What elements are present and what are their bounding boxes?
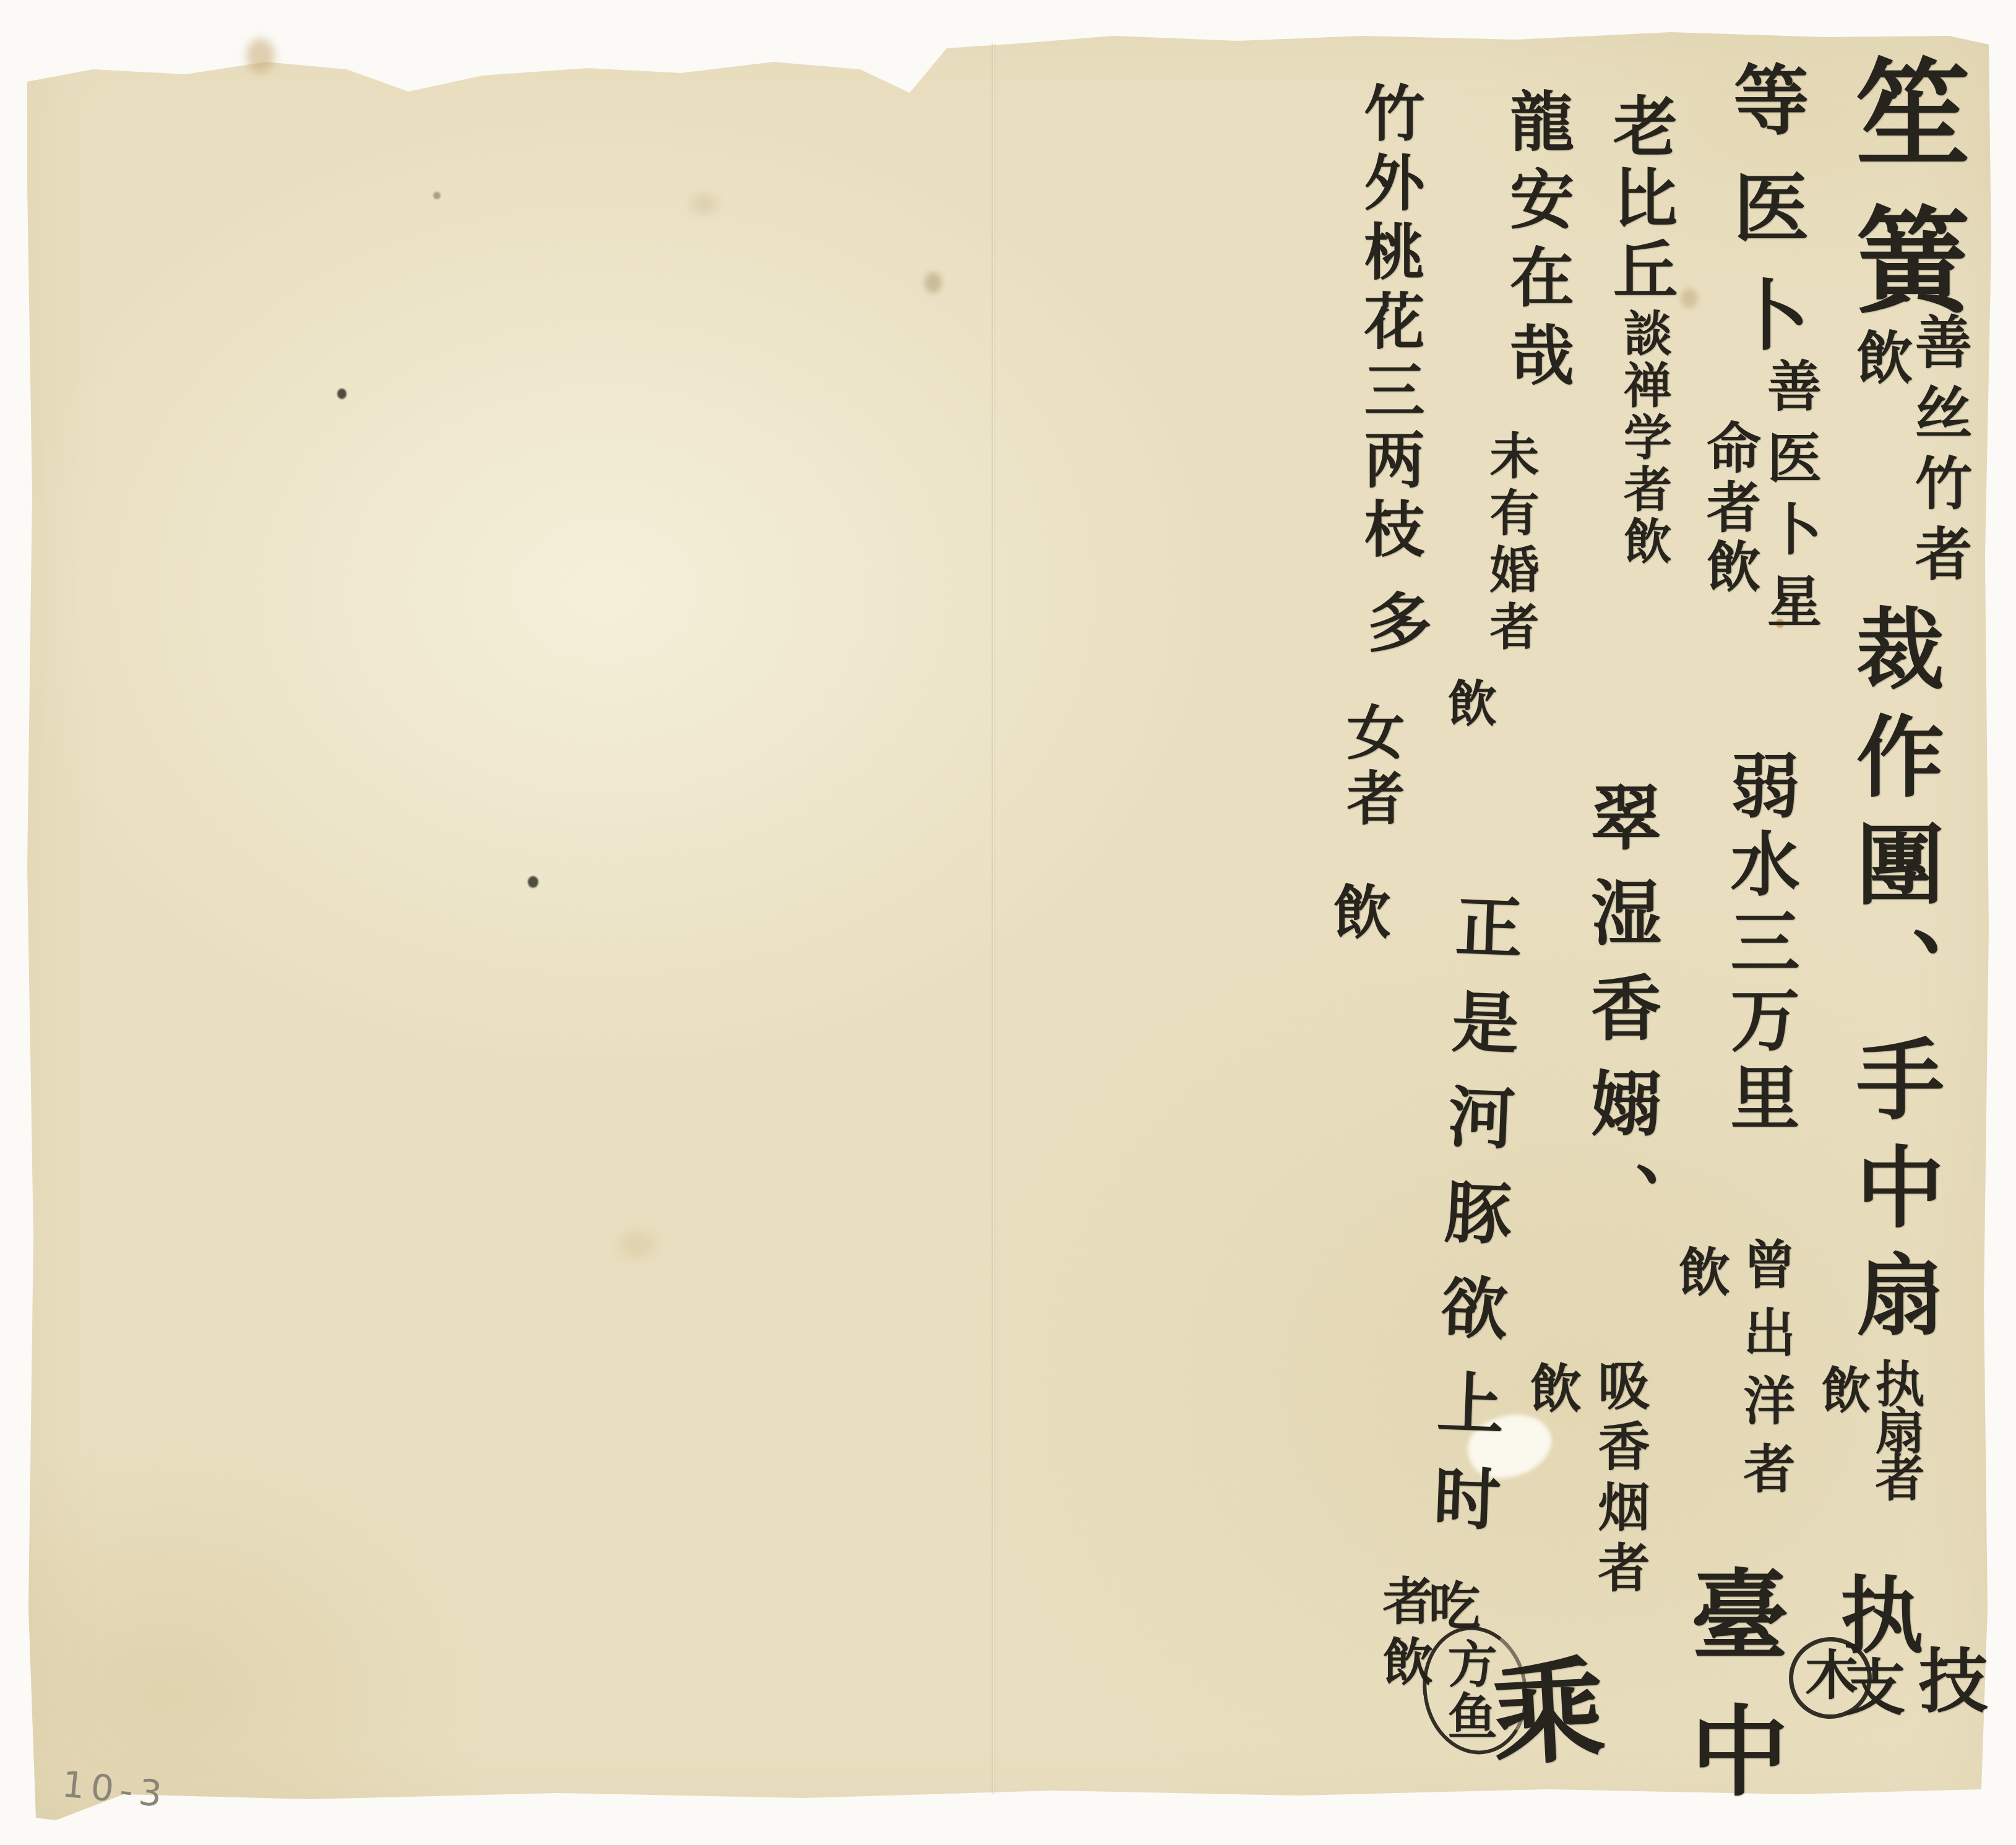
calligraphy-annotation: 命者飲 bbox=[1702, 419, 1757, 598]
calligraphy-annotation: 善丝竹者 bbox=[1910, 312, 1967, 595]
calligraphy-main-text: 竹外桃花三两枝 bbox=[1359, 82, 1419, 567]
stain-spot bbox=[619, 1231, 656, 1258]
calligraphy-main-text: 翠湿香嫋、 bbox=[1585, 781, 1655, 1257]
fold-crease bbox=[991, 43, 996, 1794]
calligraphy-main-text: 裁作團、手中扇 bbox=[1848, 603, 1936, 1357]
calligraphy-main-text: 技 bbox=[1913, 1645, 1982, 1714]
ink-speck bbox=[337, 389, 347, 399]
calligraphy-main-text: 笙簧 bbox=[1846, 53, 1960, 350]
calligraphy-annotation: 飲 bbox=[1526, 1361, 1578, 1413]
calligraphy-annotation: 执扇者 bbox=[1871, 1358, 1920, 1499]
calligraphy-main-text: 老比丘 bbox=[1608, 93, 1672, 308]
calligraphy-annotation: 飲 bbox=[1327, 882, 1385, 940]
ink-speck bbox=[433, 192, 441, 199]
calligraphy-annotation: 飲 bbox=[1443, 677, 1493, 727]
calligraphy-annotation: 善医卜星 bbox=[1763, 358, 1817, 645]
calligraphy-main-text: 龍安在哉 bbox=[1504, 88, 1569, 400]
calligraphy-main-text: 弱水三万里 bbox=[1725, 750, 1794, 1140]
stain-spot bbox=[246, 38, 275, 73]
calligraphy-main-text: 臺中 bbox=[1682, 1564, 1780, 1836]
calligraphy-circled-correction: 方鱼 bbox=[1443, 1638, 1493, 1742]
calligraphy-annotation: 吃 bbox=[1424, 1579, 1476, 1631]
stain-spot bbox=[1681, 288, 1698, 308]
calligraphy-annotation: 飲 bbox=[1674, 1245, 1726, 1297]
ink-speck bbox=[528, 876, 538, 888]
calligraphy-annotation: 吸香烟者 bbox=[1594, 1359, 1646, 1601]
calligraphy-annotation: 談禅学者飲 bbox=[1619, 308, 1668, 568]
stain-spot bbox=[691, 194, 718, 214]
scanned-manuscript-page: 笙簧 善丝竹者 飲 裁作團、手中扇 执扇者 飲 执 木 支 技 等医卜 善医卜星… bbox=[0, 0, 2016, 1845]
calligraphy-annotation: 飲 bbox=[1817, 1364, 1866, 1414]
calligraphy-main-text: 支 bbox=[1840, 1656, 1900, 1716]
calligraphy-annotation: 曾出洋者 bbox=[1739, 1237, 1791, 1510]
calligraphy-annotation: 女者 bbox=[1341, 702, 1399, 833]
stain-spot bbox=[924, 272, 942, 293]
calligraphy-annotation: 多 bbox=[1362, 589, 1426, 653]
calligraphy-annotation: 未有婚者 bbox=[1485, 430, 1535, 658]
calligraphy-annotation: 飲 bbox=[1851, 328, 1908, 385]
calligraphy-main-text: 等医卜 bbox=[1727, 61, 1803, 384]
